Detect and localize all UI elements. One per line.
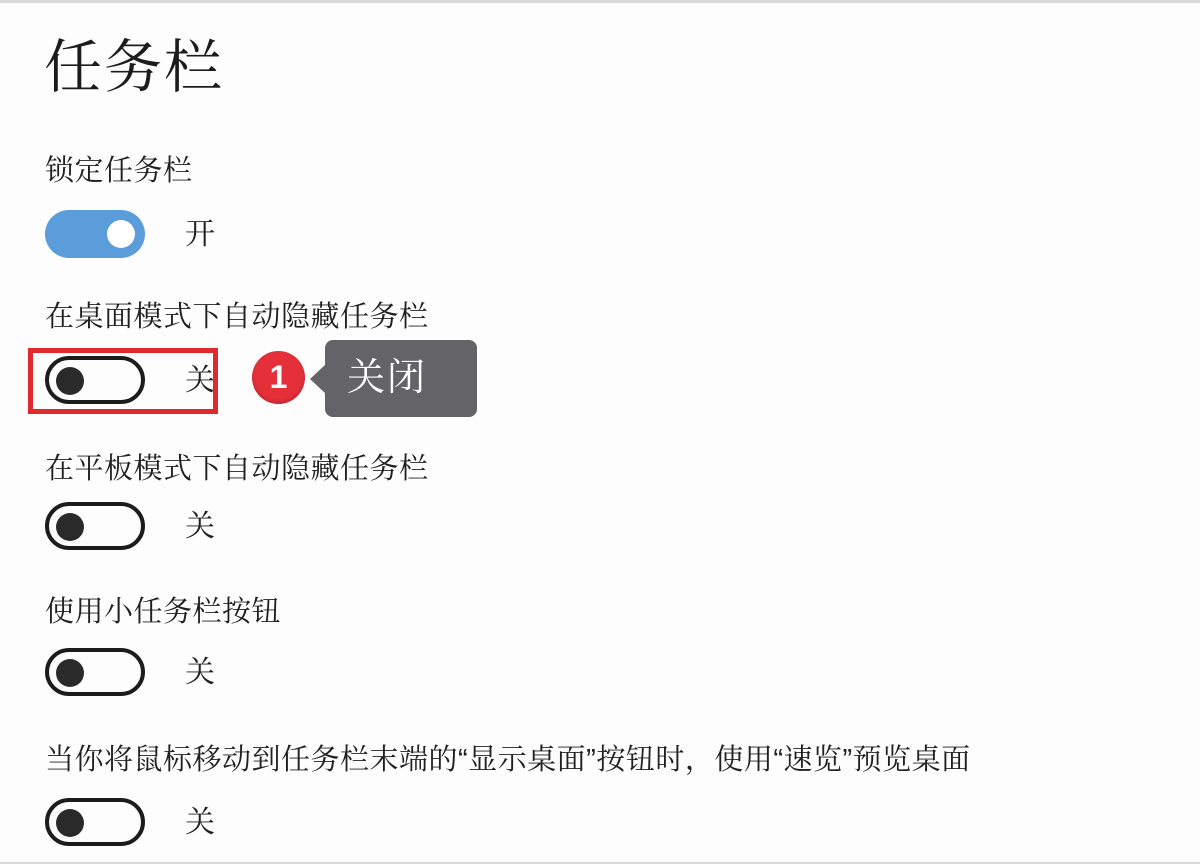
toggle-row-small-buttons: 关 (45, 648, 145, 696)
toggle-row-lock-taskbar: 开 (45, 210, 145, 258)
toggle-knob (56, 367, 84, 395)
page-title: 任务栏 (44, 20, 224, 104)
setting-label-small-buttons: 使用小任务栏按钮 (45, 589, 281, 630)
toggle-row-autohide-tablet: 关 (45, 502, 145, 550)
toggle-state-label: 关 (170, 502, 230, 550)
toggle-small-taskbar-buttons[interactable] (45, 648, 145, 696)
setting-label-autohide-tablet: 在平板模式下自动隐藏任务栏 (45, 446, 429, 487)
setting-label-autohide-desktop: 在桌面模式下自动隐藏任务栏 (45, 294, 429, 335)
toggle-autohide-tablet[interactable] (45, 502, 145, 550)
toggle-state-label: 关 (170, 648, 230, 696)
setting-label-peek-preview: 当你将鼠标移动到任务栏末端的“显示桌面”按钮时，使用“速览”预览桌面 (45, 737, 971, 778)
taskbar-settings-page: 任务栏 锁定任务栏 开 在桌面模式下自动隐藏任务栏 关 1 关闭 在平板模式下自… (0, 0, 1200, 864)
toggle-state-label: 关 (170, 798, 230, 846)
toggle-row-peek-preview: 关 (45, 798, 145, 846)
tooltip-arrow-icon (310, 364, 326, 394)
tooltip-text: 关闭 (347, 357, 427, 399)
toggle-state-label: 关 (170, 356, 230, 404)
toggle-autohide-desktop[interactable] (45, 356, 145, 404)
toggle-peek-preview[interactable] (45, 798, 145, 846)
toggle-knob (107, 220, 135, 248)
step-number-badge: 1 (252, 351, 305, 404)
setting-label-lock-taskbar: 锁定任务栏 (45, 148, 193, 189)
toggle-lock-taskbar[interactable] (45, 210, 145, 258)
toggle-row-autohide-desktop: 关 (45, 356, 145, 404)
toggle-knob (56, 809, 84, 837)
toggle-knob (56, 513, 84, 541)
tooltip-callout: 关闭 (325, 340, 477, 417)
top-edge-divider (0, 0, 1200, 3)
toggle-state-label: 开 (170, 210, 230, 258)
toggle-knob (56, 659, 84, 687)
